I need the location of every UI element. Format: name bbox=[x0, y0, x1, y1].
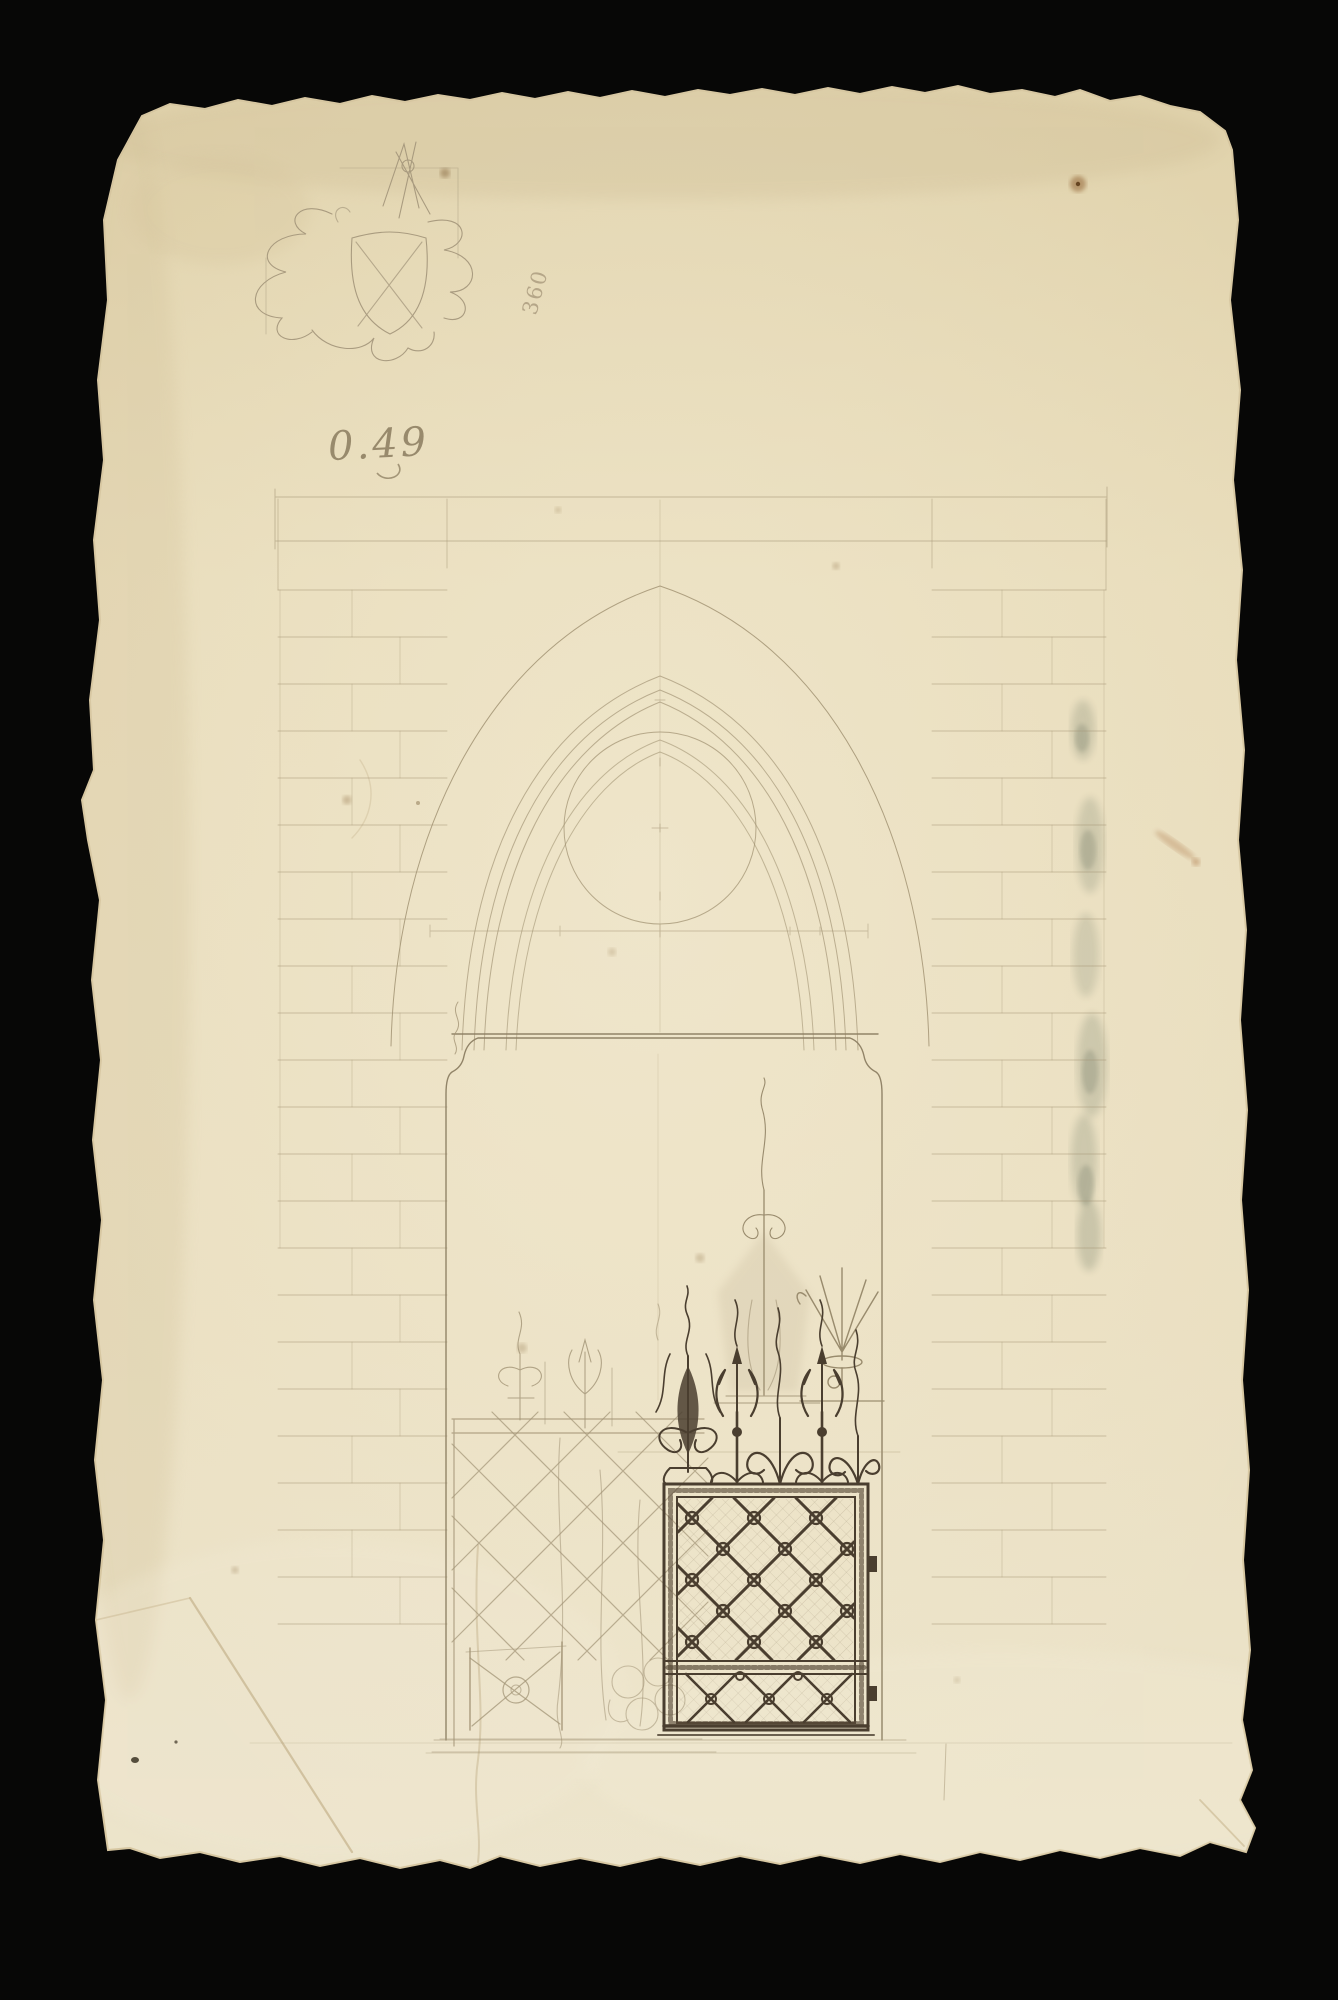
hinge-lower bbox=[868, 1686, 877, 1701]
hinge-upper bbox=[868, 1556, 877, 1572]
drawing-canvas: 0.49 360 bbox=[0, 0, 1338, 2000]
photographed-drawing-sheet: 0.49 360 bbox=[0, 0, 1338, 2000]
crosshatch-fill-main bbox=[679, 1499, 853, 1659]
sheet-number-annotation: 0.49 bbox=[327, 419, 430, 470]
